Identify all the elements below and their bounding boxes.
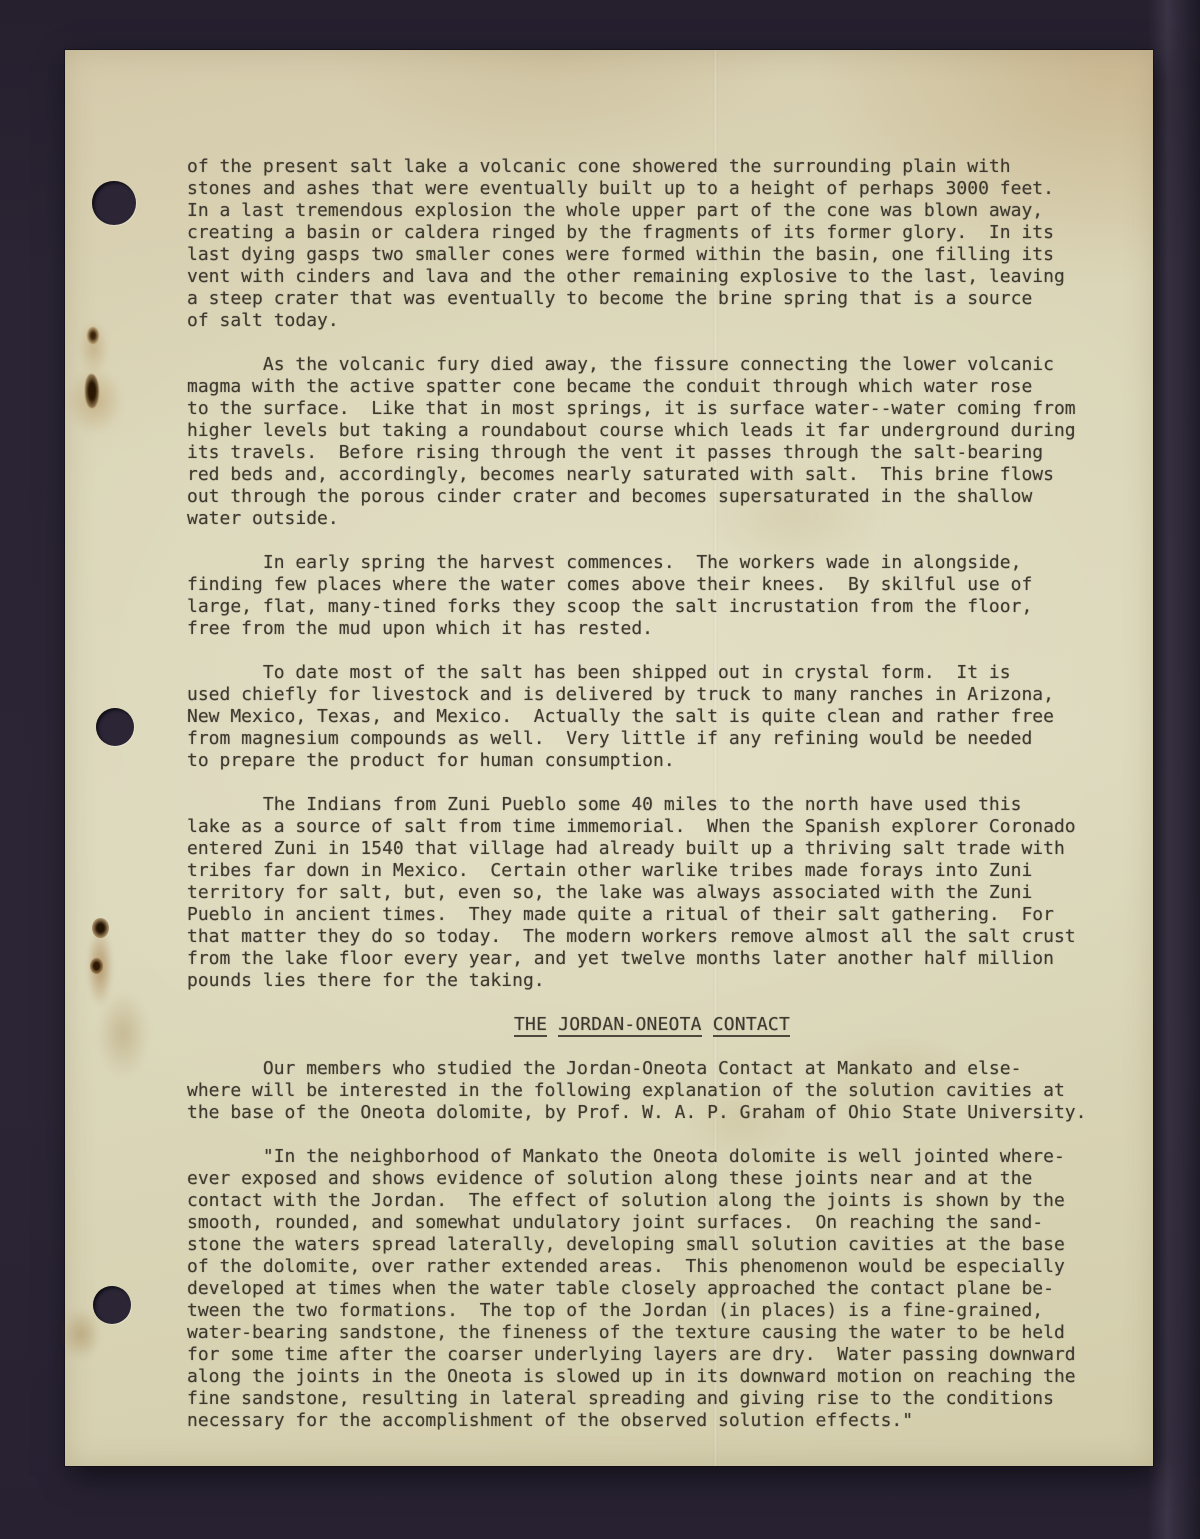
heading-word: THE xyxy=(514,1014,547,1037)
burn-spot xyxy=(90,958,103,974)
age-stain xyxy=(67,368,123,434)
heading-word: CONTACT xyxy=(713,1014,790,1037)
paragraph: As the volcanic fury died away, the fiss… xyxy=(187,354,1117,530)
age-stain xyxy=(97,990,149,1078)
ink-blot xyxy=(85,374,99,408)
paragraphs-after-heading: Our members who studied the Jordan-Oneot… xyxy=(187,1058,1117,1432)
paragraph: of the present salt lake a volcanic cone… xyxy=(187,156,1117,332)
burn-spot xyxy=(92,918,109,938)
punch-hole-middle xyxy=(96,708,134,746)
age-stain xyxy=(61,1308,101,1360)
paragraph: "In the neighborhood of Mankato the Oneo… xyxy=(187,1146,1117,1432)
section-heading: THE JORDAN-ONEOTA CONTACT xyxy=(187,1014,1117,1036)
typewritten-text: of the present salt lake a volcanic cone… xyxy=(187,156,1117,1454)
paragraph: To date most of the salt has been shippe… xyxy=(187,662,1117,772)
paragraph: The Indians from Zuni Pueblo some 40 mil… xyxy=(187,794,1117,992)
paragraphs-before-heading: of the present salt lake a volcanic cone… xyxy=(187,156,1117,992)
paragraph: Our members who studied the Jordan-Oneot… xyxy=(187,1058,1117,1124)
ink-speck xyxy=(87,327,99,344)
paragraph: In early spring the harvest commences. T… xyxy=(187,552,1117,640)
book-spine-shadow xyxy=(1148,0,1200,1539)
document-page: of the present salt lake a volcanic cone… xyxy=(65,50,1153,1466)
burn-stain xyxy=(87,928,113,1006)
heading-word: JORDAN-ONEOTA xyxy=(558,1014,701,1037)
punch-hole-bottom xyxy=(93,1286,131,1324)
age-stain xyxy=(79,320,109,376)
scan-background: of the present salt lake a volcanic cone… xyxy=(0,0,1200,1539)
punch-hole-top xyxy=(92,181,136,225)
